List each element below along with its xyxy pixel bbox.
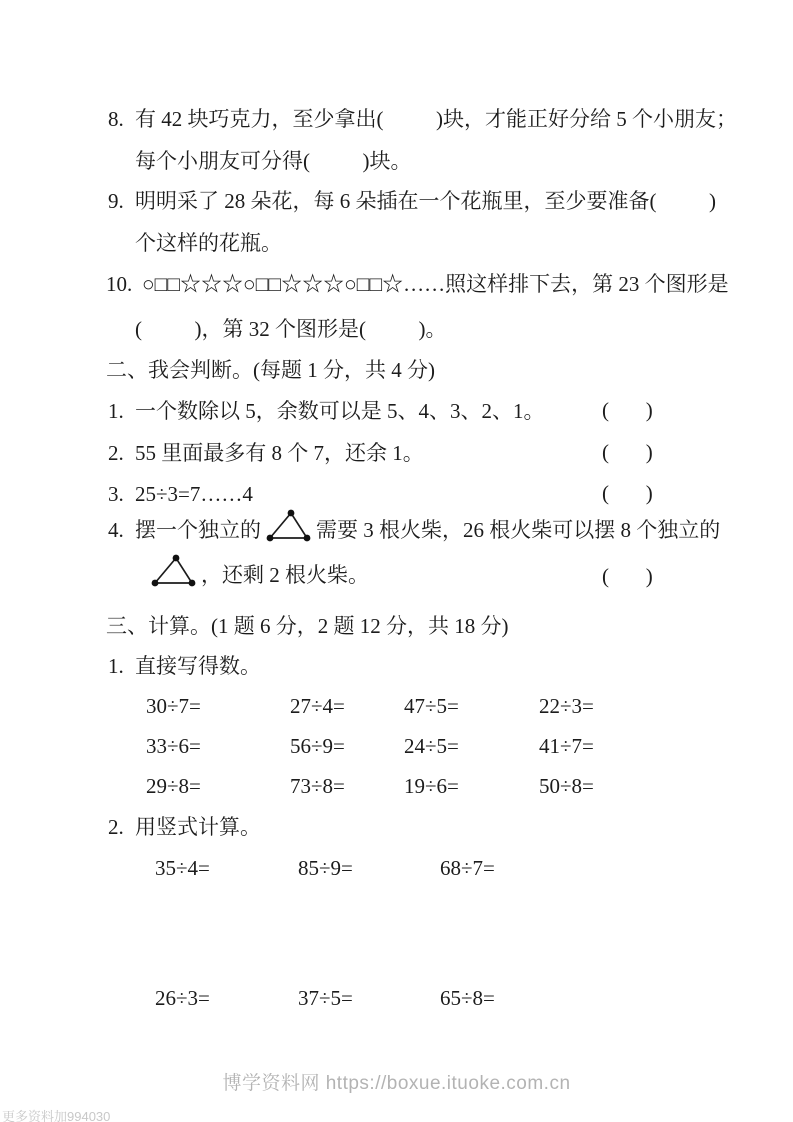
expression: 33÷6= xyxy=(146,734,201,759)
question-text: 摆一个独立的 xyxy=(135,517,261,543)
expression: 24÷5= xyxy=(404,734,459,759)
vertical-calc-row-1: 35÷4= 85÷9= 68÷7= xyxy=(0,856,793,886)
expression: 30÷7= xyxy=(146,694,201,719)
worksheet-page: 8.有 42 块巧克力，至少拿出( )块，才能正好分给 5 个小朋友； 每个小朋… xyxy=(0,0,793,1122)
judge-answer-box-1: ( ) xyxy=(602,398,653,423)
expression: 73÷8= xyxy=(290,774,345,799)
judge-answer-box-3: ( ) xyxy=(602,481,653,506)
expression: 50÷8= xyxy=(539,774,594,799)
question-text: 55 里面最多有 8 个 7，还余 1。 xyxy=(135,441,424,465)
question-text: 明明采了 28 朵花，每 6 朵插在一个花瓶里，至少要准备( ) xyxy=(135,189,716,213)
expression: 22÷3= xyxy=(539,694,594,719)
section-judge-heading: 二、我会判断。(每题 1 分，共 4 分) xyxy=(106,357,435,383)
expression: 41÷7= xyxy=(539,734,594,759)
question-number: 3. xyxy=(108,481,135,507)
judge-answer-box-2: ( ) xyxy=(602,440,653,465)
oral-calc-row-1: 30÷7= 27÷4= 47÷5= 22÷3= xyxy=(0,694,793,724)
question-text: 有 42 块巧克力，至少拿出( )块，才能正好分给 5 个小朋友； xyxy=(135,107,737,131)
triangle-matchstick-icon xyxy=(147,550,200,592)
expression: 35÷4= xyxy=(155,856,210,881)
oral-calc-row-2: 33÷6= 56÷9= 24÷5= 41÷7= xyxy=(0,734,793,764)
question-8-line1: 8.有 42 块巧克力，至少拿出( )块，才能正好分给 5 个小朋友； xyxy=(108,106,737,132)
expression: 68÷7= xyxy=(440,856,495,881)
section-calc-heading: 三、计算。(1 题 6 分，2 题 12 分，共 18 分) xyxy=(106,613,509,639)
judge-answer-box-4: ( ) xyxy=(602,564,653,589)
expression: 27÷4= xyxy=(290,694,345,719)
expression: 47÷5= xyxy=(404,694,459,719)
question-text: 需要 3 根火柴，26 根火柴可以摆 8 个独立的 xyxy=(316,517,720,543)
watermark-text: 更多资料加994030 xyxy=(2,1106,110,1122)
judge-item-1: 1.一个数除以 5，余数可以是 5、4、3、2、1。 xyxy=(108,398,545,424)
calc-sub1-label: 1.直接写得数。 xyxy=(108,653,261,679)
expression: 56÷9= xyxy=(290,734,345,759)
judge-item-4-line2: ，还剩 2 根火柴。 xyxy=(146,550,369,588)
question-number: 1. xyxy=(108,398,135,424)
judge-item-2: 2.55 里面最多有 8 个 7，还余 1。 xyxy=(108,440,424,466)
expression: 19÷6= xyxy=(404,774,459,799)
question-text: ○□□☆☆☆○□□☆☆☆○□□☆……照这样排下去，第 23 个图形是 xyxy=(142,272,729,296)
expression: 65÷8= xyxy=(440,986,495,1011)
triangle-matchstick-icon xyxy=(262,505,315,547)
question-number: 1. xyxy=(108,653,135,679)
oral-calc-row-3: 29÷8= 73÷8= 19÷6= 50÷8= xyxy=(0,774,793,804)
question-number: 8. xyxy=(108,106,135,132)
question-number: 10. xyxy=(106,271,142,297)
question-9-line1: 9.明明采了 28 朵花，每 6 朵插在一个花瓶里，至少要准备( ) xyxy=(108,188,716,214)
expression: 85÷9= xyxy=(298,856,353,881)
expression: 26÷3= xyxy=(155,986,210,1011)
question-text: ，还剩 2 根火柴。 xyxy=(201,562,369,588)
expression: 29÷8= xyxy=(146,774,201,799)
question-text: 每个小朋友可分得( )块。 xyxy=(135,149,412,173)
question-text: 一个数除以 5，余数可以是 5、4、3、2、1。 xyxy=(135,399,545,423)
expression: 37÷5= xyxy=(298,986,353,1011)
question-10-line2: ( )，第 32 个图形是( )。 xyxy=(135,316,446,342)
judge-item-3: 3.25÷3=7……4 xyxy=(108,481,253,507)
question-number: 2. xyxy=(108,440,135,466)
question-text: 25÷3=7……4 xyxy=(135,482,253,506)
question-8-line2: 每个小朋友可分得( )块。 xyxy=(135,148,412,174)
vertical-calc-row-2: 26÷3= 37÷5= 65÷8= xyxy=(0,986,793,1016)
footer-site-text: 博学资料网 https://boxue.ituoke.com.cn xyxy=(0,1068,793,1095)
question-text: ( )，第 32 个图形是( )。 xyxy=(135,317,446,341)
judge-item-4-line1: 4. 摆一个独立的 需要 3 根火柴，26 根火柴可以摆 8 个独立的 xyxy=(108,505,720,543)
question-text: 个这样的花瓶。 xyxy=(135,231,282,255)
question-10-line1: 10.○□□☆☆☆○□□☆☆☆○□□☆……照这样排下去，第 23 个图形是 xyxy=(106,271,729,297)
question-9-line2: 个这样的花瓶。 xyxy=(135,230,282,256)
calc-sub2-label: 2.用竖式计算。 xyxy=(108,814,261,840)
question-number: 9. xyxy=(108,188,135,214)
question-number: 4. xyxy=(108,517,135,543)
question-number: 2. xyxy=(108,814,135,840)
